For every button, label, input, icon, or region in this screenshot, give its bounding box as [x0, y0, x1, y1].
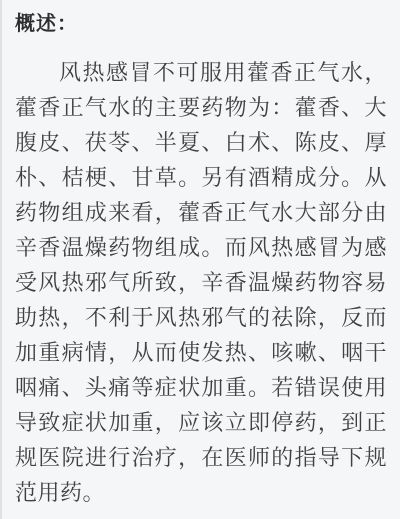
- article-paragraph: 风热感冒不可服用藿香正气水，藿香正气水的主要药物为：藿香、大腹皮、茯苓、半夏、白…: [15, 56, 387, 511]
- section-heading: 概述：: [15, 9, 387, 37]
- article-page: 概述： 风热感冒不可服用藿香正气水，藿香正气水的主要药物为：藿香、大腹皮、茯苓、…: [0, 0, 400, 519]
- page-edge-divider: [0, 0, 2, 519]
